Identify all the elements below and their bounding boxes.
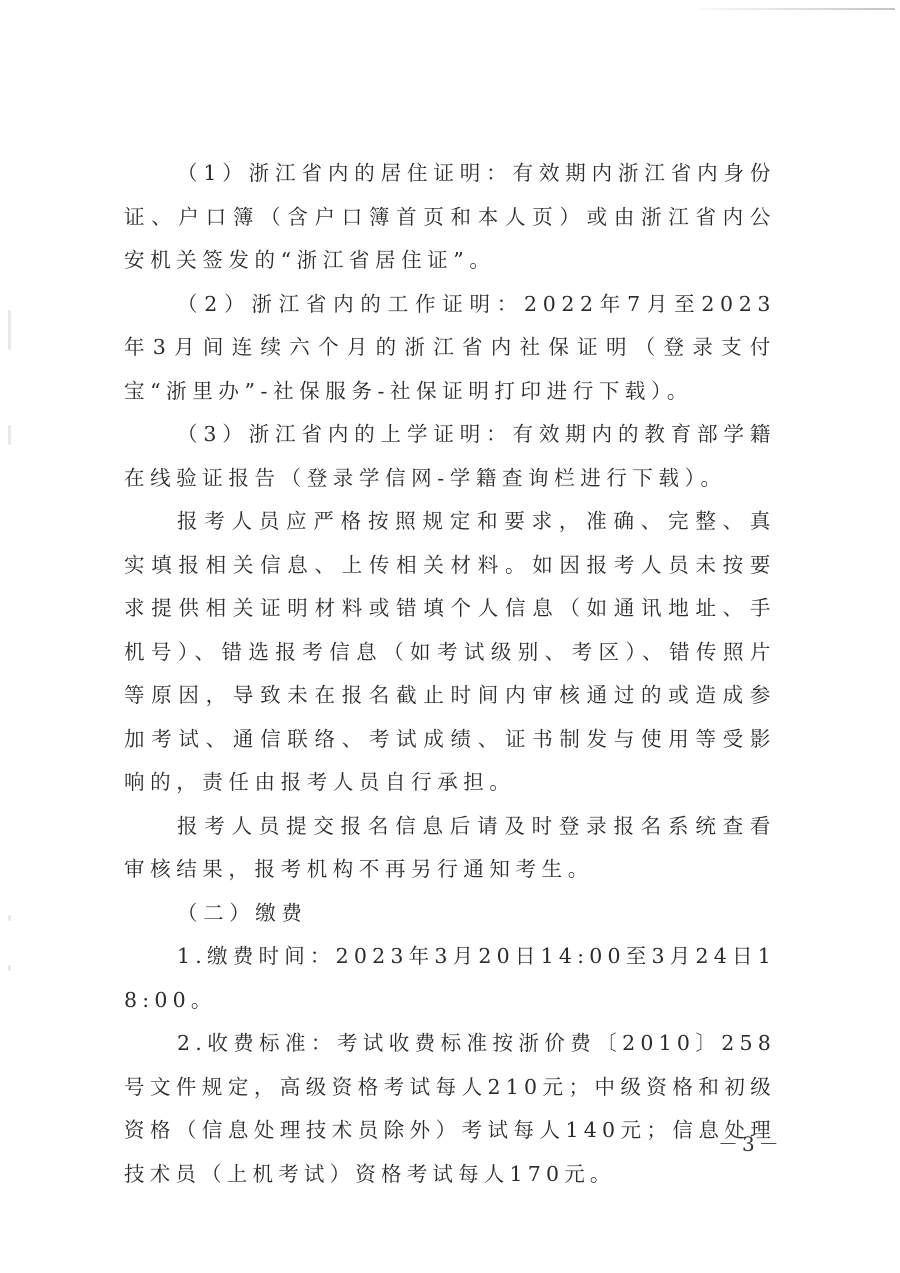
scan-edge-artifact — [8, 965, 11, 971]
scan-edge-artifact — [8, 425, 11, 445]
page-number: －3－ — [718, 1128, 783, 1157]
paragraph-residence-proof: （1）浙江省内的居住证明：有效期内浙江省内身份证、户口簿（含户口簿首页和本人页）… — [124, 152, 776, 283]
scan-edge-artifact — [700, 8, 895, 10]
document-page: （1）浙江省内的居住证明：有效期内浙江省内身份证、户口簿（含户口簿首页和本人页）… — [124, 152, 776, 1196]
paragraph-payment-time: 1.缴费时间：2023年3月20日14:00至3月24日18:00。 — [124, 935, 776, 1022]
paragraph-applicant-responsibility: 报考人员应严格按照规定和要求，准确、完整、真实填报相关信息、上传相关材料。如因报… — [124, 500, 776, 805]
section-heading-payment: （二）缴费 — [124, 892, 776, 936]
paragraph-work-proof: （2）浙江省内的工作证明：2022年7月至2023年3月间连续六个月的浙江省内社… — [124, 283, 776, 414]
scan-edge-artifact — [8, 915, 11, 921]
paragraph-fee-standard: 2.收费标准：考试收费标准按浙价费〔2010〕258号文件规定，高级资格考试每人… — [124, 1022, 776, 1196]
scan-edge-artifact — [8, 310, 11, 350]
paragraph-review-notice: 报考人员提交报名信息后请及时登录报名系统查看审核结果，报考机构不再另行通知考生。 — [124, 805, 776, 892]
paragraph-study-proof: （3）浙江省内的上学证明：有效期内的教育部学籍在线验证报告（登录学信网-学籍查询… — [124, 413, 776, 500]
